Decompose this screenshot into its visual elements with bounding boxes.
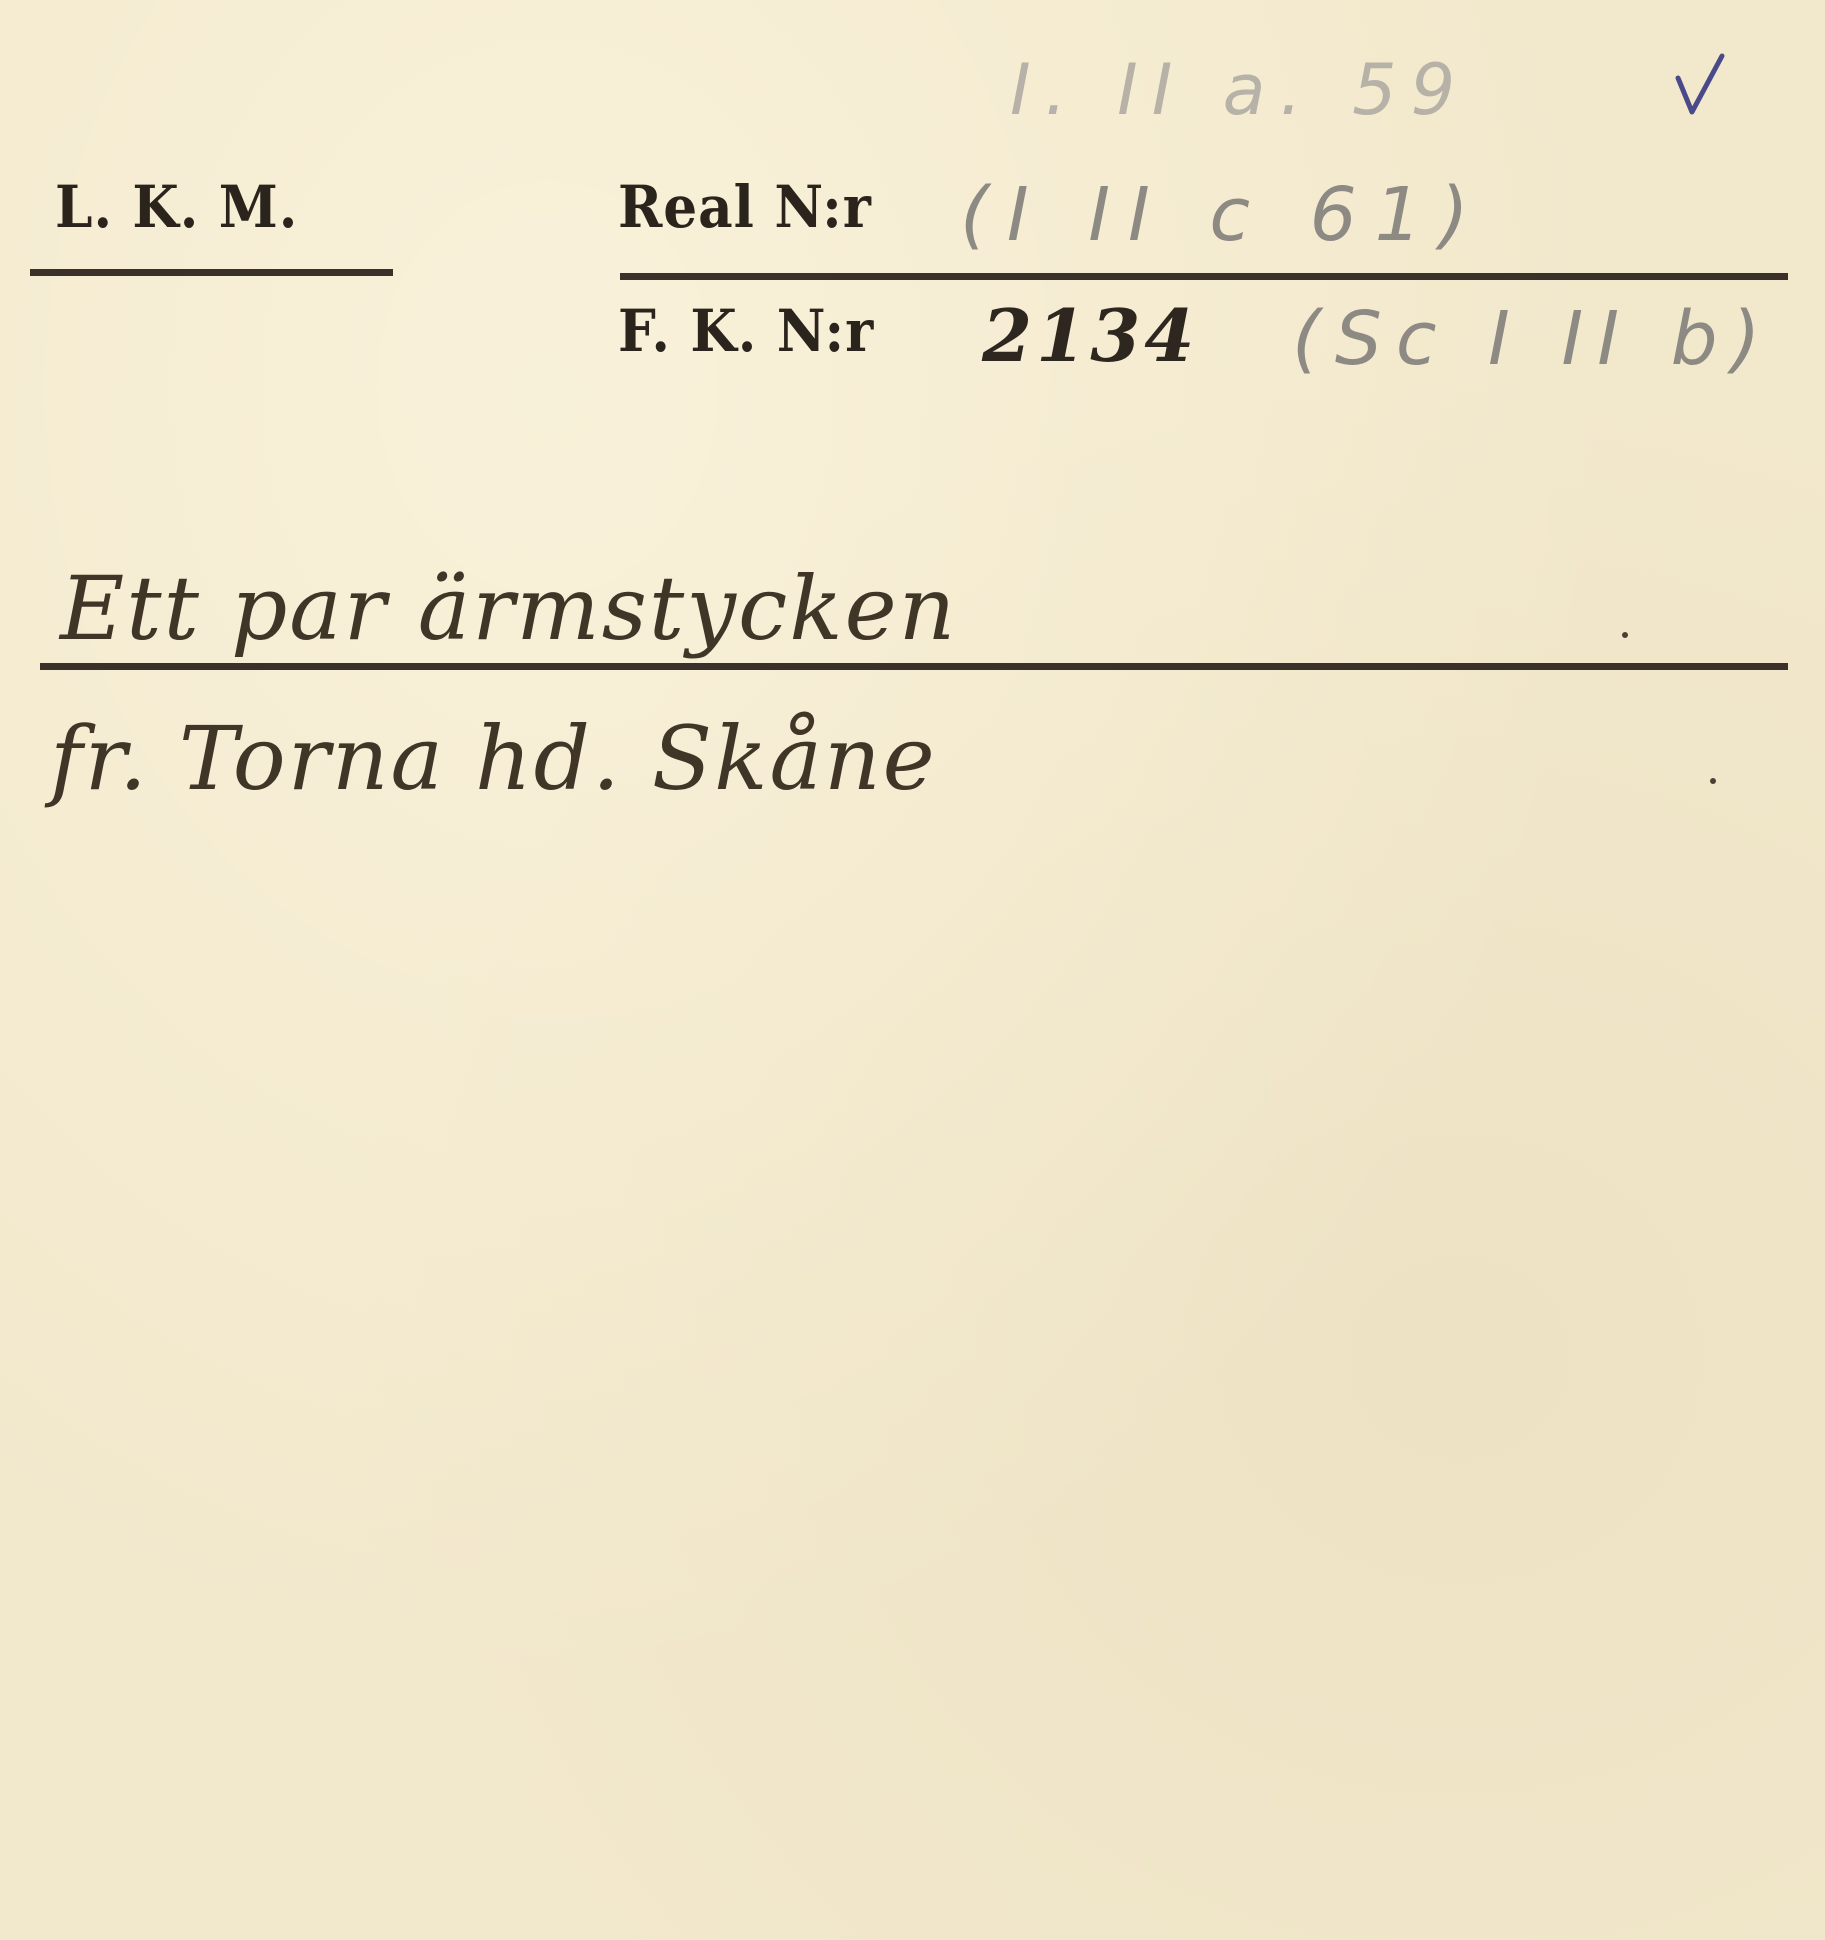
catalog-card: I. II a. 59 L. K. M. Real N:r (I II c 61… [0, 0, 1825, 1940]
ink-speck [1710, 778, 1716, 784]
museum-abbrev: L. K. M. [55, 178, 298, 236]
real-number-rule [620, 273, 1788, 280]
fk-number-pencil-note: (Sc I II b) [1292, 302, 1774, 376]
check-icon [1670, 50, 1730, 120]
real-number-value: (I II c 61) [960, 178, 1487, 252]
fk-number-value: 2134 [982, 300, 1198, 372]
description-rule [40, 663, 1788, 670]
top-pencil-note: I. II a. 59 [1010, 55, 1469, 125]
description-line-2: fr. Torna hd. Skåne [50, 715, 937, 803]
real-number-label: Real N:r [618, 178, 872, 236]
description-line-1: Ett par ärmstycken [60, 565, 957, 653]
ink-speck [1622, 632, 1628, 638]
fk-number-label: F. K. N:r [618, 302, 874, 360]
museum-abbrev-underline [30, 269, 393, 276]
